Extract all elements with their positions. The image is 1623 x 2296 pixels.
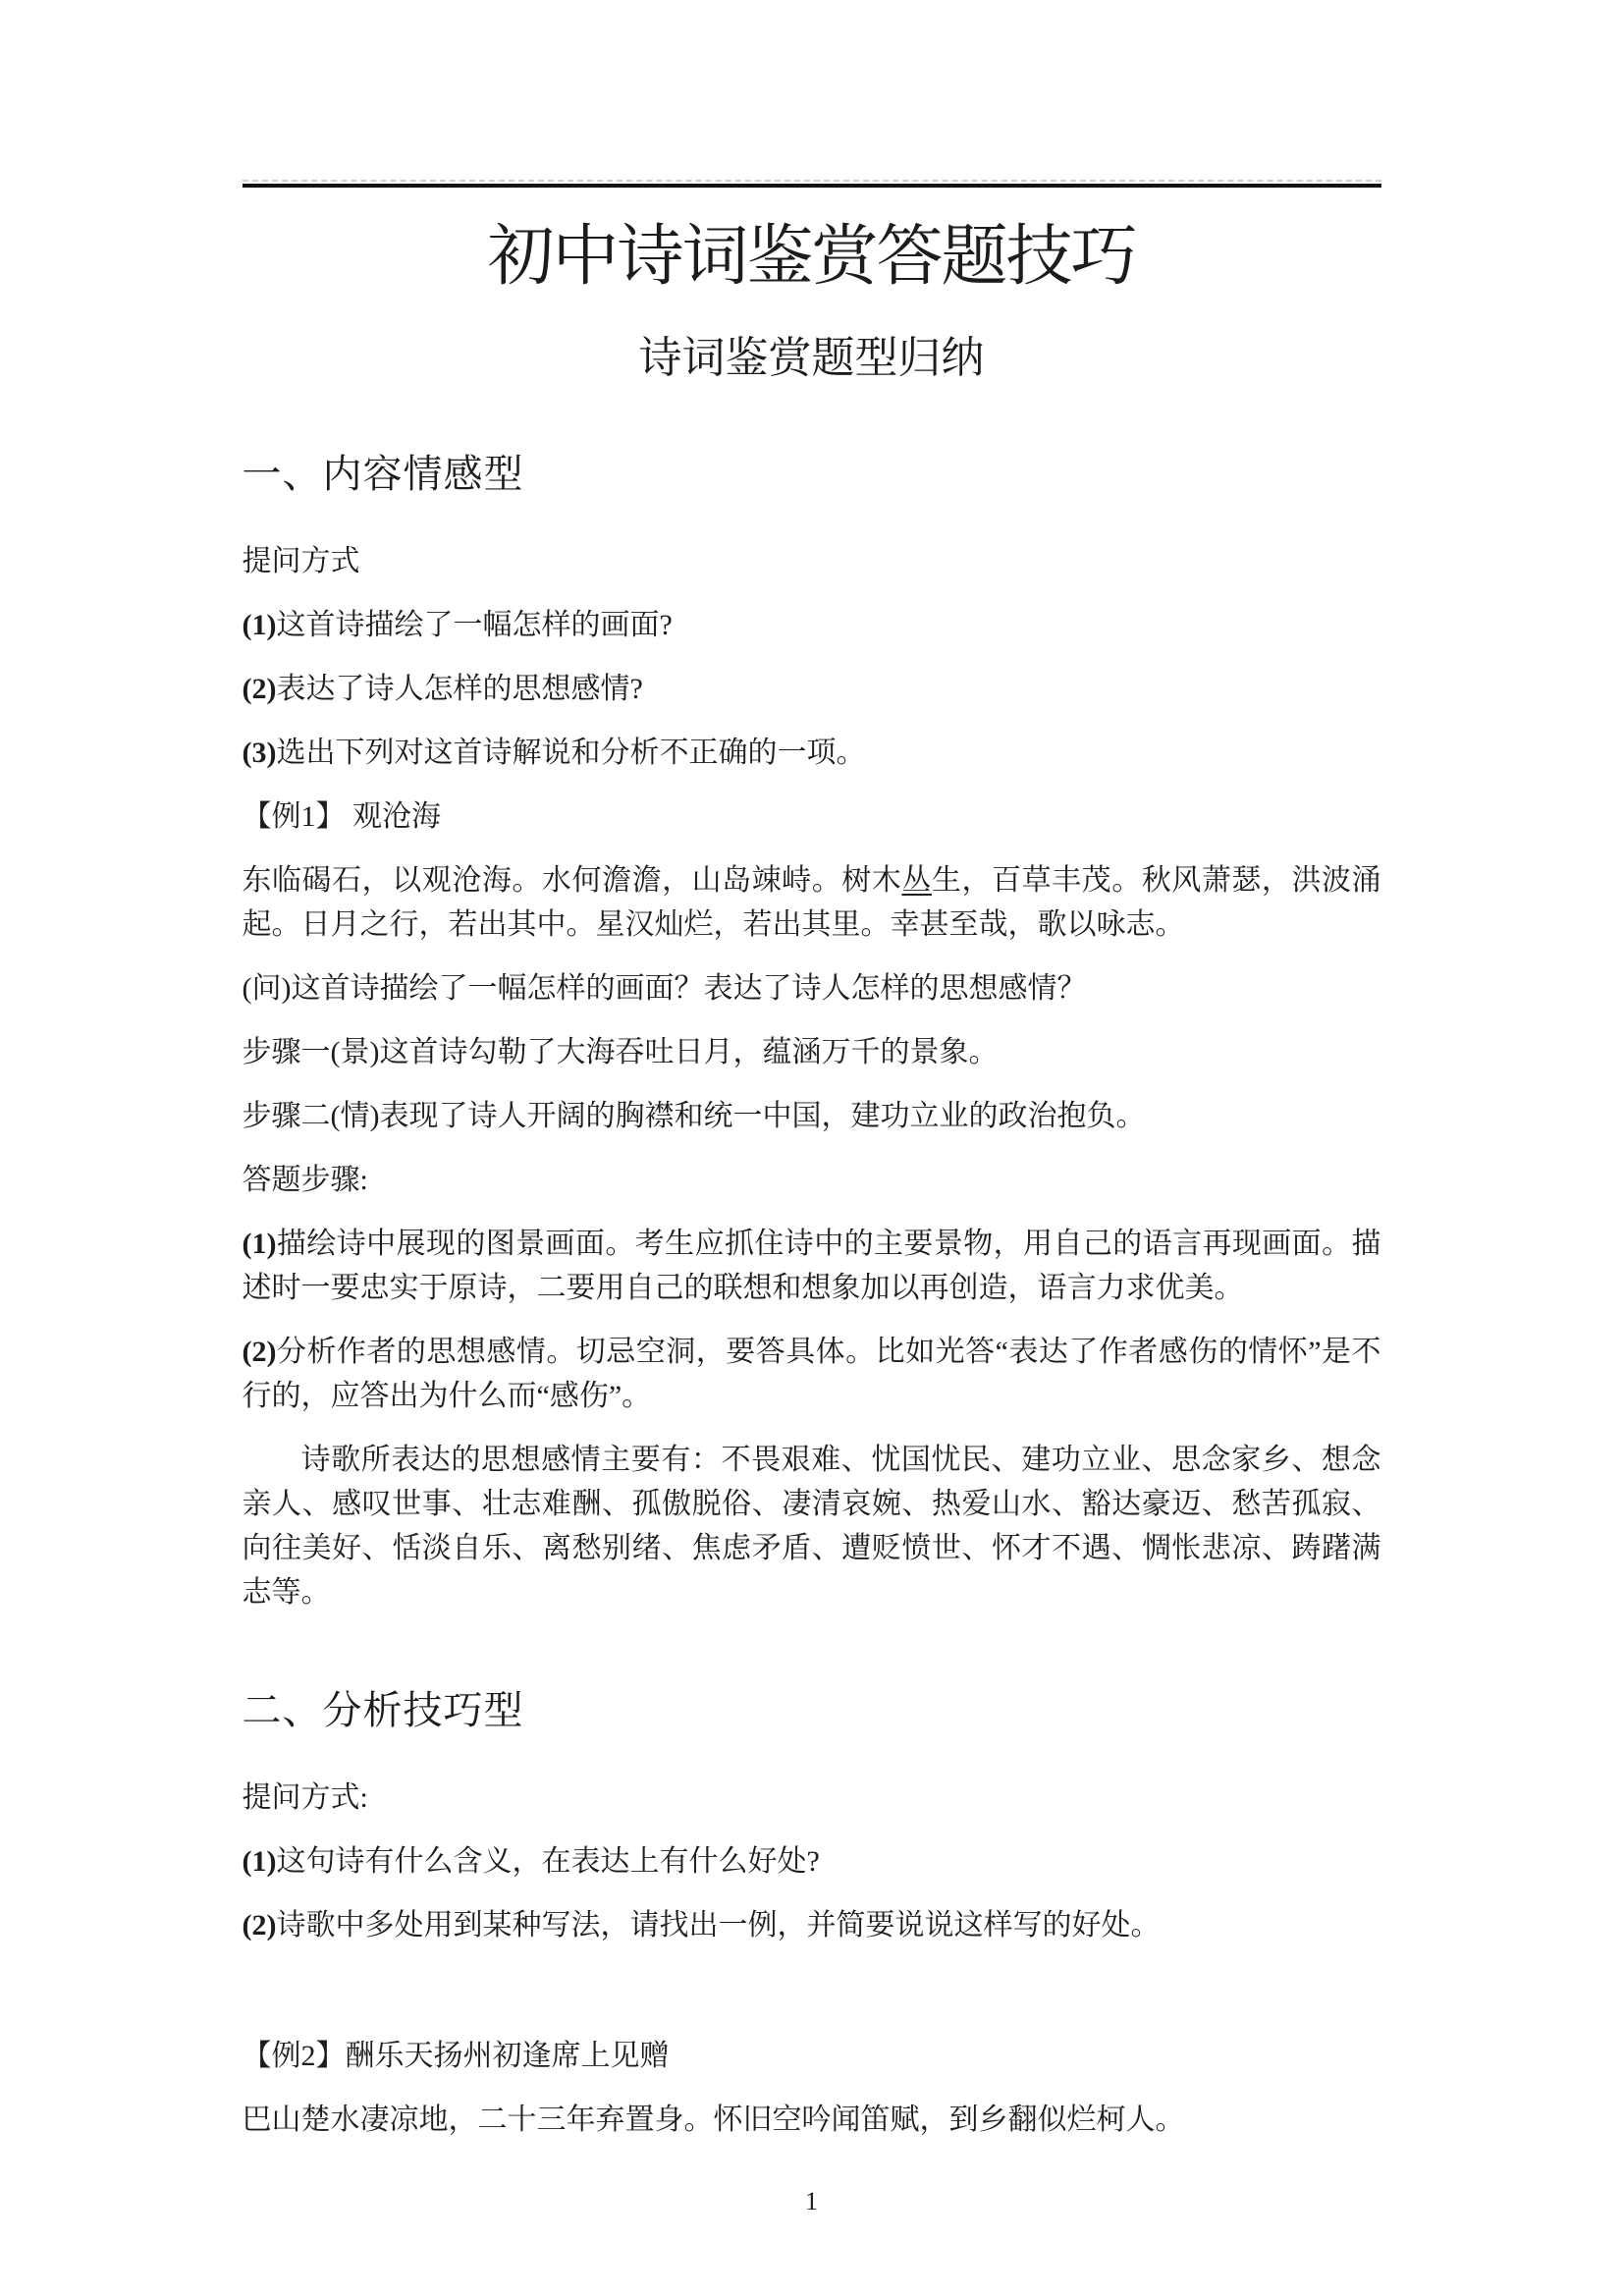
question-text: 诗歌中多处用到某种写法，请找出一例，并简要说说这样写的好处。 [276, 1909, 1160, 1941]
example1-step2: 步骤二(情)表现了诗人开阔的胸襟和统一中国，建功立业的政治抱负。 [243, 1094, 1381, 1138]
section1-question-3: (3)选出下列对这首诗解说和分析不正确的一项。 [243, 731, 1381, 775]
question-number: (1) [243, 1845, 277, 1878]
section2-question-1: (1)这句诗有什么含义，在表达上有什么好处? [243, 1839, 1381, 1884]
document-subtitle: 诗词鉴赏题型归纳 [243, 333, 1381, 384]
question-text: 选出下列对这首诗解说和分析不正确的一项。 [276, 737, 865, 769]
document-page: 初中诗词鉴赏答题技巧 诗词鉴赏题型归纳 一、内容情感型 提问方式 (1)这首诗描… [0, 0, 1623, 2296]
header-rule-solid-line [243, 184, 1381, 188]
question-text: 表达了诗人怎样的思想感情? [276, 673, 642, 705]
question-number: (2) [243, 673, 277, 705]
document-title: 初中诗词鉴赏答题技巧 [243, 219, 1381, 294]
section1-heading: 一、内容情感型 [243, 451, 1381, 498]
answer-step-2: (2)分析作者的思想感情。切忌空洞，要答具体。比如光答“表达了作者感伤的情怀”是… [243, 1330, 1381, 1418]
page-content: 初中诗词鉴赏答题技巧 诗词鉴赏题型归纳 一、内容情感型 提问方式 (1)这首诗描… [243, 180, 1381, 2220]
section1-question-2: (2)表达了诗人怎样的思想感情? [243, 667, 1381, 711]
answer-step-1: (1)描绘诗中展现的图景画面。考生应抓住诗中的主要景物，用自己的语言再现画面。描… [243, 1222, 1381, 1310]
section2-ask-method-label: 提问方式: [243, 1776, 1381, 1820]
section2-question-2: (2)诗歌中多处用到某种写法，请找出一例，并简要说说这样写的好处。 [243, 1903, 1381, 1947]
question-text: 这首诗描绘了一幅怎样的画面? [276, 609, 672, 641]
emotions-list-paragraph: 诗歌所表达的思想感情主要有：不畏艰难、忧国忧民、建功立业、思念家乡、想念亲人、感… [243, 1438, 1381, 1614]
question-number: (2) [243, 1909, 277, 1941]
question-number: (1) [243, 609, 277, 641]
question-number: (3) [243, 737, 277, 769]
answer-text: 分析作者的思想感情。切忌空洞，要答具体。比如光答“表达了作者感伤的情怀”是不行的… [243, 1336, 1381, 1412]
example1-poem: 东临碣石，以观沧海。水何澹澹，山岛竦峙。树木丛生，百草丰茂。秋风萧瑟，洪波涌起。… [243, 858, 1381, 947]
example2-poem: 巴山楚水凄凉地，二十三年弃置身。怀旧空吟闻笛赋，到乡翻似烂柯人。 [243, 2098, 1381, 2142]
header-rule [243, 180, 1381, 188]
example2-label: 【例2】酬乐天扬州初逢席上见赠 [243, 2034, 1381, 2078]
example1-step1: 步骤一(景)这首诗勾勒了大海吞吐日月，蕴涵万千的景象。 [243, 1030, 1381, 1074]
section1-question-1: (1)这首诗描绘了一幅怎样的画面? [243, 603, 1381, 647]
example1-label: 【例1】 观沧海 [243, 794, 1381, 839]
poem-underlined-char: 丛 [901, 864, 932, 897]
answer-text: 描绘诗中展现的图景画面。考生应抓住诗中的主要景物，用自己的语言再现画面。描述时一… [243, 1228, 1381, 1304]
section2-heading: 二、分析技巧型 [243, 1687, 1381, 1734]
example1-question: (问)这首诗描绘了一幅怎样的画面？表达了诗人怎样的思想感情？ [243, 966, 1381, 1011]
question-text: 这句诗有什么含义，在表达上有什么好处? [276, 1845, 819, 1878]
section1-ask-method-label: 提问方式 [243, 539, 1381, 583]
answer-steps-label: 答题步骤: [243, 1158, 1381, 1202]
answer-number: (2) [243, 1336, 277, 1368]
poem-text: 东临碣石，以观沧海。水何澹澹，山岛竦峙。树木 [243, 864, 902, 897]
answer-number: (1) [243, 1228, 277, 1260]
page-number: 1 [243, 2183, 1381, 2220]
header-rule-dotted-line [243, 180, 1381, 182]
